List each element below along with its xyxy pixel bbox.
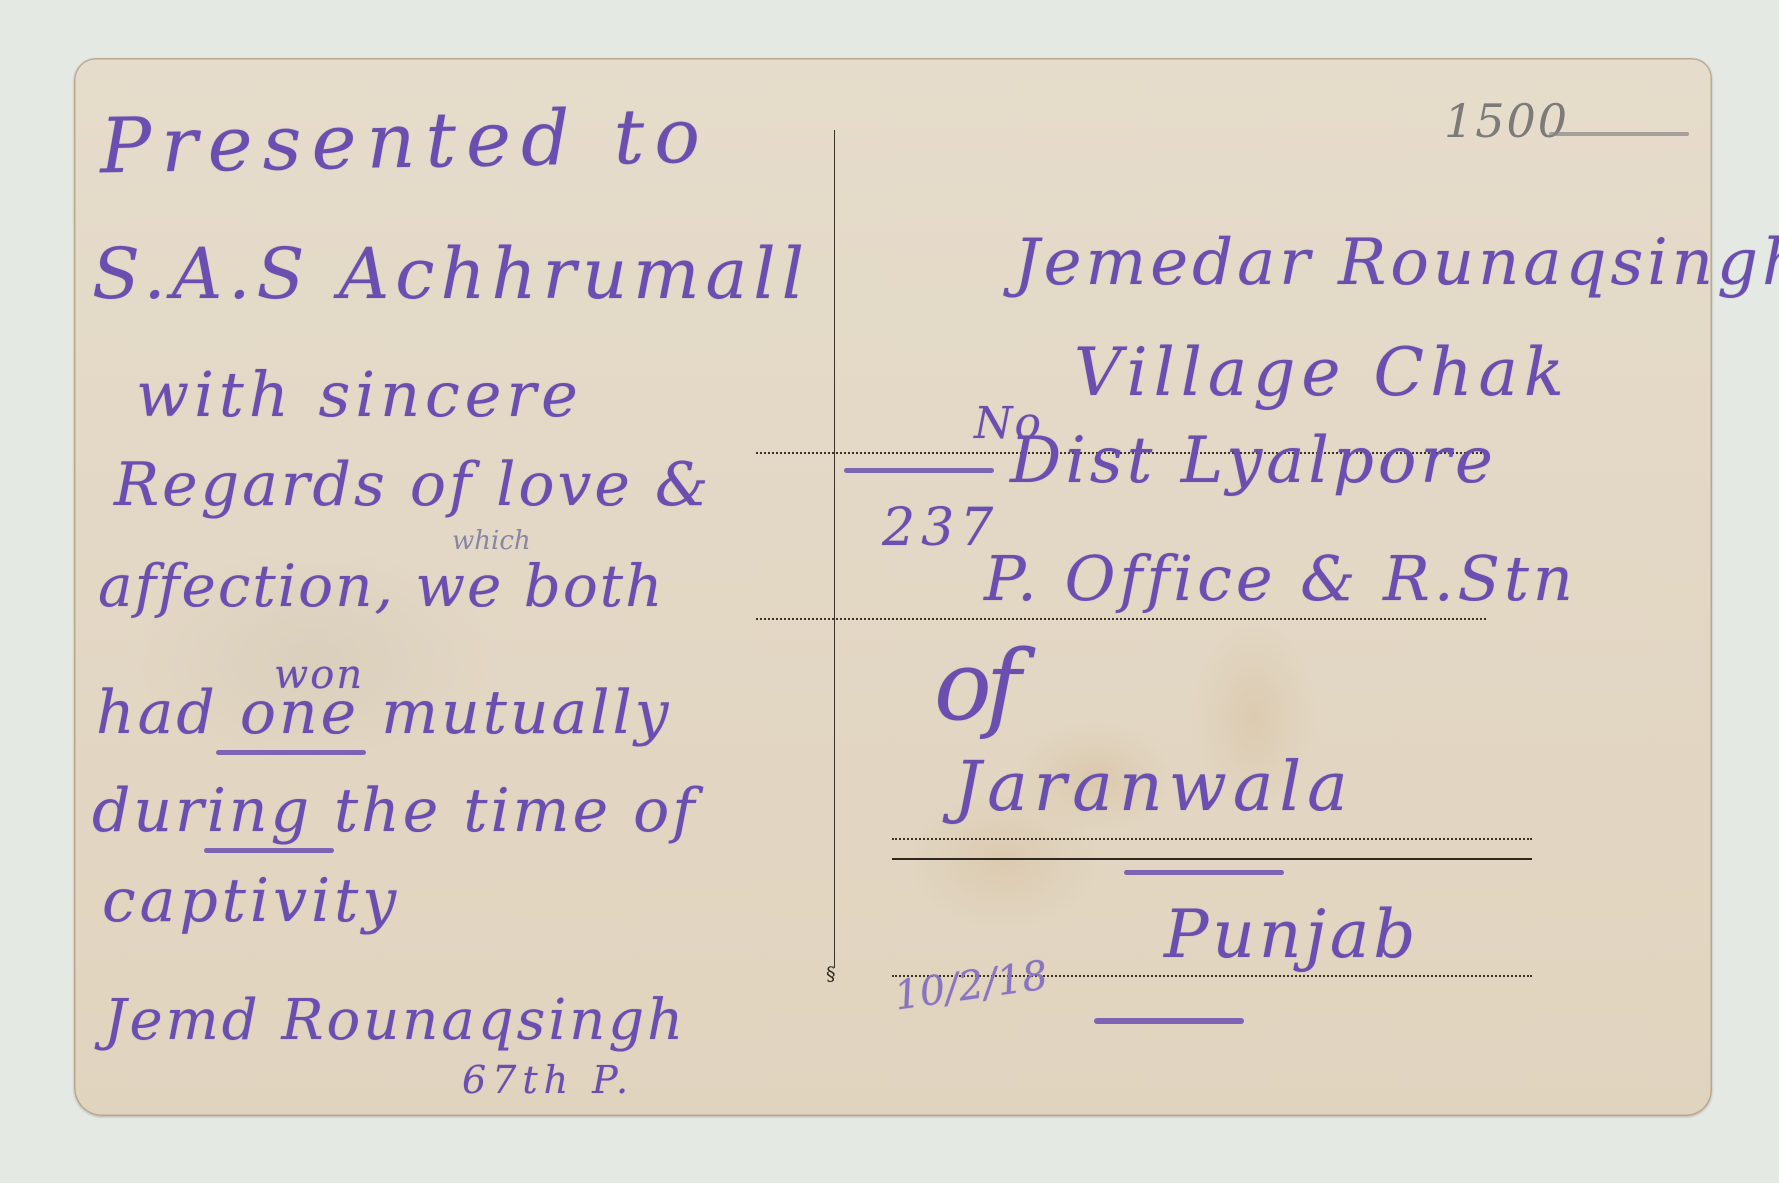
price-note: 1500 [1444, 94, 1569, 148]
address-line-name: Jemedar Rounaqsingh [1014, 226, 1779, 300]
address-line-post-office: P. Office & R.Stn [984, 542, 1577, 615]
underline-one [216, 750, 366, 755]
address-line-province: Punjab [1164, 896, 1419, 973]
center-divider-line [834, 130, 835, 968]
signature: Jemd Rounaqsingh [104, 988, 686, 1053]
underline-during [204, 848, 334, 853]
address-line-of: of [934, 630, 1015, 742]
message-line-with-sincere: with sincere [136, 358, 583, 431]
address-line-city: Jaranwala [954, 748, 1354, 827]
price-note-stroke [1549, 132, 1689, 136]
signature-unit: 67th P. [462, 1058, 634, 1102]
date-note: 10/2/18 [892, 952, 1051, 1019]
chak-number-fraction-bar [844, 468, 994, 473]
address-line-2 [756, 618, 1486, 620]
message-line-had-mutually: had one mutually [96, 678, 672, 748]
strike-province [1124, 870, 1284, 875]
chak-number-bottom: 237 [882, 498, 999, 558]
address-line-village: Village Chak [1074, 334, 1570, 411]
message-line-captivity: captivity [102, 866, 400, 936]
section-mark: § [826, 963, 836, 985]
message-line-recipient: S.A.S Achhrumall [92, 233, 810, 315]
underline-province [1094, 1018, 1244, 1024]
address-line-3 [892, 838, 1532, 840]
address-line-4 [892, 858, 1532, 860]
postcard-back: § Presented to S.A.S Achhrumall with sin… [74, 58, 1712, 1116]
message-line-affection: affection, we both [98, 552, 664, 620]
message-line-presented: Presented to [99, 91, 710, 191]
message-line-regards: Regards of love & [114, 450, 711, 520]
address-line-district: Dist Lyalpore [1010, 424, 1497, 498]
message-line-during: during the time of [92, 776, 697, 846]
